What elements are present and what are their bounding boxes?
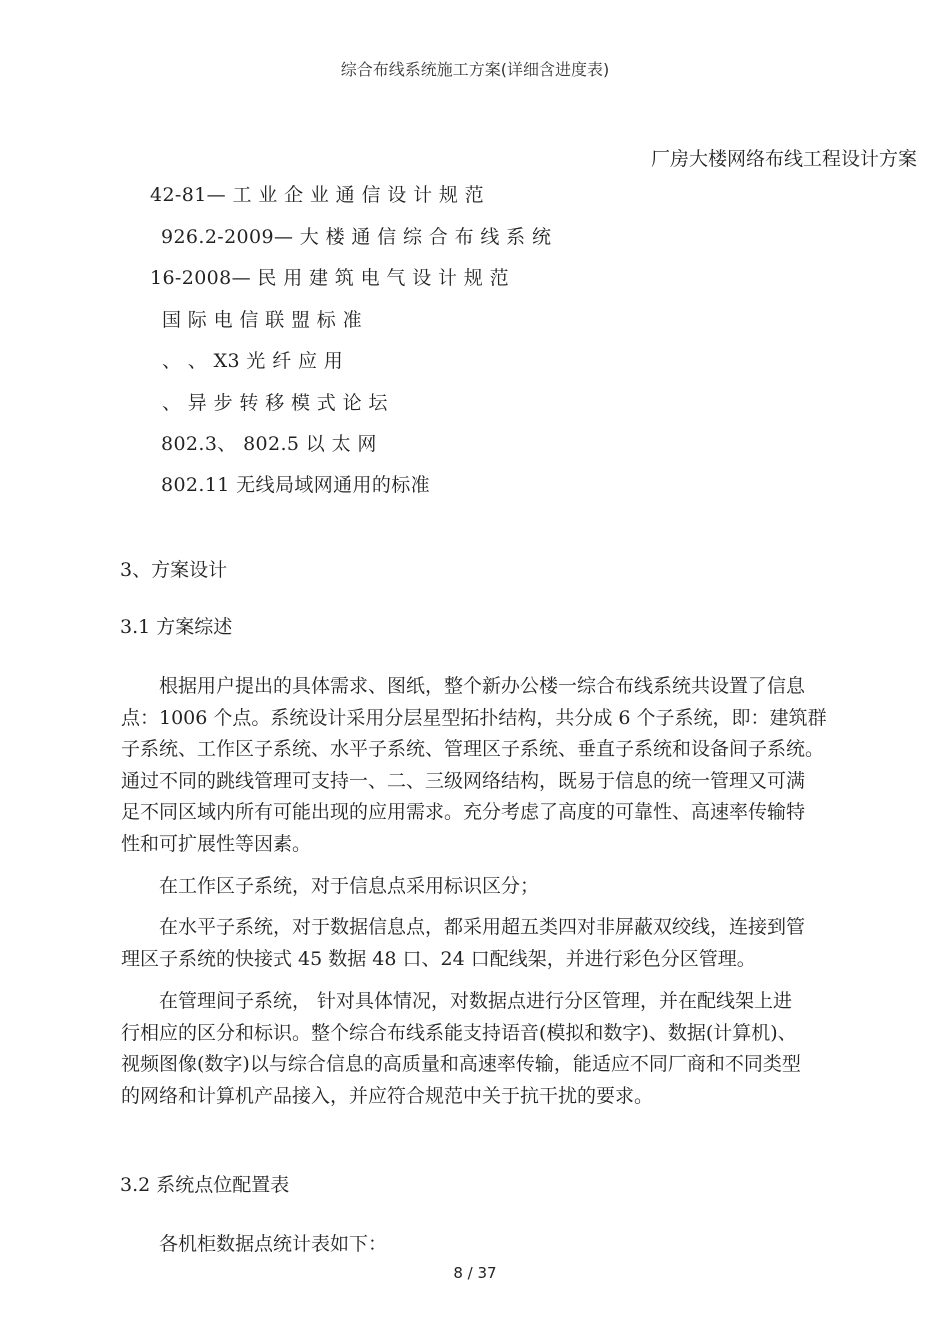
document-header-title: 综合布线系统施工方案(详细含进度表): [0, 57, 950, 80]
paragraph-line: 的网络和计算机产品接入，并应符合规范中关于抗干扰的要求。: [121, 1081, 881, 1113]
paragraph-line: 性和可扩展性等因素。: [121, 829, 881, 861]
standard-item: 16-2008— 民 用 建 筑 电 气 设 计 规 范: [150, 263, 509, 290]
section-heading-3-2: 3.2 系统点位配置表: [120, 1170, 289, 1197]
standard-item: 国 际 电 信 联 盟 标 准: [162, 305, 362, 332]
paragraph-line: 点：1006 个点。系统设计采用分层星型拓扑结构，共分成 6 个子系统，即：建筑…: [121, 703, 881, 735]
paragraph-horizontal-subsystem: 在水平子系统，对于数据信息点，都采用超五类四对非屏蔽双绞线，连接到管 理区子系统…: [121, 912, 881, 975]
standard-item: 926.2-2009— 大 楼 通 信 综 合 布 线 系 统: [161, 222, 551, 249]
standard-item: 802.11 无线局域网通用的标准: [161, 470, 430, 497]
standard-item: 、 、 X3 光 纤 应 用: [162, 346, 343, 373]
paragraph-line: 在工作区子系统，对于信息点采用标识区分；: [121, 871, 881, 903]
paragraph-line: 通过不同的跳线管理可支持一、二、三级网络结构，既易于信息的统一管理又可满: [121, 766, 881, 798]
project-title: 厂房大楼网络布线工程设计方案: [651, 144, 917, 171]
paragraph-line: 各机柜数据点统计表如下：: [121, 1229, 881, 1261]
paragraph-line: 子系统、工作区子系统、水平子系统、管理区子系统、垂直子系统和设备间子系统。: [121, 734, 881, 766]
paragraph-line: 在水平子系统，对于数据信息点，都采用超五类四对非屏蔽双绞线，连接到管: [121, 912, 881, 944]
paragraph-line: 在管理间子系统， 针对具体情况，对数据点进行分区管理，并在配线架上进: [121, 986, 881, 1018]
page-number: 8 / 37: [0, 1264, 950, 1282]
paragraph-work-area: 在工作区子系统，对于信息点采用标识区分；: [121, 871, 881, 903]
paragraph-management-subsystem: 在管理间子系统， 针对具体情况，对数据点进行分区管理，并在配线架上进 行相应的区…: [121, 986, 881, 1112]
paragraph-line: 行相应的区分和标识。整个综合布线系能支持语音(模拟和数字)、数据(计算机)、: [121, 1018, 881, 1050]
paragraph-line: 理区子系统的快接式 45 数据 48 口、24 口配线架，并进行彩色分区管理。: [121, 944, 881, 976]
standard-item: 、 异 步 转 移 模 式 论 坛: [162, 388, 388, 415]
paragraph-cabinet-stats: 各机柜数据点统计表如下：: [121, 1229, 881, 1261]
paragraph-line: 根据用户提出的具体需求、图纸，整个新办公楼一综合布线系统共设置了信息: [121, 671, 881, 703]
standard-item: 802.3、 802.5 以 太 网: [161, 429, 377, 456]
section-heading-3: 3、方案设计: [120, 555, 227, 582]
paragraph-line: 视频图像(数字)以与综合信息的高质量和高速率传输，能适应不同厂商和不同类型: [121, 1049, 881, 1081]
standard-item: 42-81— 工 业 企 业 通 信 设 计 规 范: [150, 180, 484, 207]
section-heading-3-1: 3.1 方案综述: [120, 612, 232, 639]
paragraph-overview: 根据用户提出的具体需求、图纸，整个新办公楼一综合布线系统共设置了信息 点：100…: [121, 671, 881, 860]
paragraph-line: 足不同区域内所有可能出现的应用需求。充分考虑了高度的可靠性、高速率传输特: [121, 797, 881, 829]
